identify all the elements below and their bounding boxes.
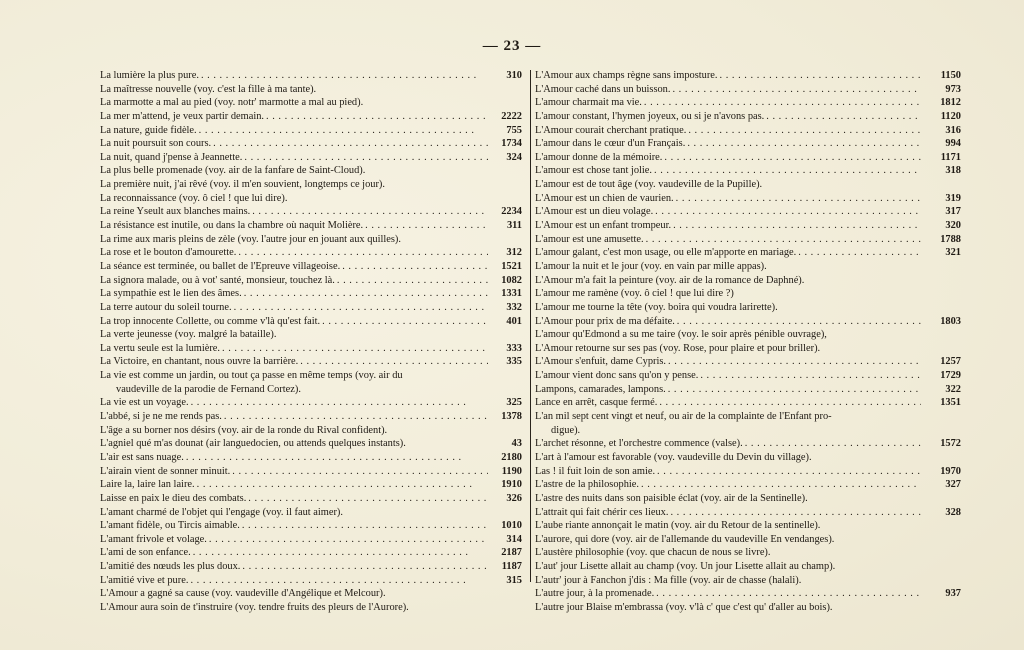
- index-entry: L'ami de son enfance....................…: [100, 546, 526, 560]
- index-entry: La nature, guide fidèle.................…: [100, 124, 526, 138]
- entry-title: La lumière la plus pure.: [100, 69, 199, 83]
- entry-title: La mer m'attend, je veux partir demain.: [100, 110, 264, 124]
- index-entry: L'Amour caché dans un buisson...........…: [535, 83, 961, 97]
- entry-number: 1734: [488, 137, 526, 151]
- index-entry: L'amour vient donc sans qu'on y pense...…: [535, 369, 961, 383]
- dot-leader: ........................................…: [184, 451, 488, 465]
- entry-title: La rime aux maris pleins de zèle (voy. l…: [100, 233, 401, 247]
- entry-title: L'amour charmait ma vie.: [535, 96, 642, 110]
- index-entry: La maîtresse nouvelle (voy. c'est la fil…: [100, 83, 526, 97]
- dot-leader: ........................................…: [796, 246, 921, 260]
- entry-number: 1257: [921, 355, 961, 369]
- entry-number: 937: [921, 587, 961, 601]
- entry-number: 1803: [921, 315, 961, 329]
- index-entry: Lampons, camarades, lampons.............…: [535, 383, 961, 397]
- dot-leader: ........................................…: [652, 164, 921, 178]
- entry-title: L'Amour courait cherchant pratique.: [535, 124, 686, 138]
- index-entry: L'autre jour Blaise m'embrassa (voy. v'l…: [535, 601, 961, 615]
- entry-title: La vie est comme un jardin, ou tout ça p…: [100, 369, 526, 383]
- dot-leader: ........................................…: [220, 342, 488, 356]
- entry-title: L'amour la nuit et le jour (voy. en vain…: [535, 260, 767, 274]
- dot-leader: ........................................…: [242, 287, 488, 301]
- index-entry: L'Amour aura soin de t'instruire (voy. t…: [100, 601, 526, 615]
- index-entry: La signora malade, ou à vot' santé, mons…: [100, 274, 526, 288]
- entry-title: L'âge a su borner nos désirs (voy. air d…: [100, 424, 387, 438]
- index-entry: L'art à l'amour est favorable (voy. vaud…: [535, 451, 961, 465]
- entry-title: L'autre jour Blaise m'embrassa (voy. v'l…: [535, 601, 833, 615]
- entry-number: 318: [921, 164, 961, 178]
- index-entry: L'Amour est un dieu volage..............…: [535, 205, 961, 219]
- entry-title: L'austère philosophie (voy. que chacun d…: [535, 546, 771, 560]
- entry-title: L'amitié vive et pure.: [100, 574, 188, 588]
- entry-number: 320: [921, 219, 961, 233]
- entry-title: L'amant charmé de l'objet qui l'engage (…: [100, 506, 343, 520]
- dot-leader: ........................................…: [242, 151, 488, 165]
- index-entry: L'aut' jour Lisette allait au champ (voy…: [535, 560, 961, 574]
- entry-number: 1378: [488, 410, 526, 424]
- entry-number: 326: [488, 492, 526, 506]
- dot-leader: ........................................…: [764, 110, 921, 124]
- dot-leader: ........................................…: [222, 410, 488, 424]
- dot-leader: ........................................…: [668, 506, 921, 520]
- dot-leader: ........................................…: [340, 260, 488, 274]
- entry-title: L'amour donne de la mémoire.: [535, 151, 662, 165]
- entry-title: L'amour est une amusette.: [535, 233, 644, 247]
- entry-title: L'Amour retourne sur ses pas (voy. Rose,…: [535, 342, 820, 356]
- entry-title: L'amour est de tout âge (voy. vaudeville…: [535, 178, 762, 192]
- entry-title: L'amour galant, c'est mon usage, ou elle…: [535, 246, 796, 260]
- index-entry: L'Amour retourne sur ses pas (voy. Rose,…: [535, 342, 961, 356]
- entry-title: La maîtresse nouvelle (voy. c'est la fil…: [100, 83, 316, 97]
- entry-title: L'Amour a gagné sa cause (voy. vaudevill…: [100, 587, 386, 601]
- index-entry: Laire la, laire lan laire...............…: [100, 478, 526, 492]
- entry-title: L'amour me tourne la tête (voy. boira qu…: [535, 301, 778, 315]
- entry-number: 1010: [488, 519, 526, 533]
- index-entry: L'amour est une amusette................…: [535, 233, 961, 247]
- dot-leader: ........................................…: [250, 205, 488, 219]
- entry-title: L'amour me ramène (voy. ô ciel ! que lui…: [535, 287, 734, 301]
- entry-title: L'Amour aux champs règne sans imposture.: [535, 69, 718, 83]
- entry-number: 2234: [488, 205, 526, 219]
- index-entry: La vie est comme un jardin, ou tout ça p…: [100, 369, 526, 396]
- dot-leader: ........................................…: [199, 69, 488, 83]
- index-entry: L'autre jour, à la promenade............…: [535, 587, 961, 601]
- entry-title: La terre autour du soleil tourne.: [100, 301, 232, 315]
- index-entry: La reine Yseult aux blanches mains......…: [100, 205, 526, 219]
- entry-number: 1187: [488, 560, 526, 574]
- index-entry: La verte jeunesse (voy. malgré la batail…: [100, 328, 526, 342]
- dot-leader: ........................................…: [197, 124, 488, 138]
- index-entry: L'amitié vive et pure...................…: [100, 574, 526, 588]
- entry-number: 315: [488, 574, 526, 588]
- entry-number: 319: [921, 192, 961, 206]
- entry-title: L'amant fidèle, ou Tircis aimable.: [100, 519, 240, 533]
- entry-number: 2180: [488, 451, 526, 465]
- entry-title: L'airain vient de sonner minuit.: [100, 465, 230, 479]
- entry-number: 1970: [921, 465, 961, 479]
- dot-leader: ........................................…: [363, 219, 488, 233]
- index-entry: L'astre de la philosophie...............…: [535, 478, 961, 492]
- index-entry: L'amitié des nœuds les plus doux........…: [100, 560, 526, 574]
- index-entry: L'autr' jour à Fanchon j'dis : Ma fille …: [535, 574, 961, 588]
- entry-title: L'aut' jour Lisette allait au champ (voy…: [535, 560, 835, 574]
- entry-title: La rose et le bouton d'amourette.: [100, 246, 236, 260]
- dot-leader: ........................................…: [685, 137, 921, 151]
- entry-title: L'Amour m'a fait la peinture (voy. air d…: [535, 274, 804, 288]
- entry-title: La signora malade, ou à vot' santé, mons…: [100, 274, 335, 288]
- dot-leader: ........................................…: [264, 110, 488, 124]
- index-entry: L'amant fidèle, ou Tircis aimable.......…: [100, 519, 526, 533]
- index-entry: L'âge a su borner nos désirs (voy. air d…: [100, 424, 526, 438]
- entry-title: L'art à l'amour est favorable (voy. vaud…: [535, 451, 812, 465]
- entry-title: L'autr' jour à Fanchon j'dis : Ma fille …: [535, 574, 801, 588]
- entry-title: La nuit, quand j'pense à Jeannette.: [100, 151, 242, 165]
- index-entry: La marmotte a mal au pied (voy. notr' ma…: [100, 96, 526, 110]
- entry-number: 328: [921, 506, 961, 520]
- entry-number: 312: [488, 246, 526, 260]
- index-entry: La nuit poursuit son cours..............…: [100, 137, 526, 151]
- dot-leader: ........................................…: [188, 574, 488, 588]
- index-entry: L'attrait qui fait chérir ces lieux.....…: [535, 506, 961, 520]
- entry-title: L'Amour caché dans un buisson.: [535, 83, 670, 97]
- index-entry: La lumière la plus pure.................…: [100, 69, 526, 83]
- entry-number: 325: [488, 396, 526, 410]
- dot-leader: ........................................…: [670, 83, 921, 97]
- entry-number: 43: [488, 437, 526, 451]
- dot-leader: ........................................…: [666, 355, 921, 369]
- entry-number: 321: [921, 246, 961, 260]
- entry-title: Las ! il fuit loin de son amie.: [535, 465, 655, 479]
- entry-title: L'astre des nuits dans son paisible écla…: [535, 492, 808, 506]
- dot-leader: ........................................…: [232, 301, 488, 315]
- index-entry: Laisse en paix le dieu des combats......…: [100, 492, 526, 506]
- index-entry: Lance en arrêt, casque fermé............…: [535, 396, 961, 410]
- dot-leader: ........................................…: [654, 587, 921, 601]
- index-entry: L'agniel qué m'as dounat (air languedoci…: [100, 437, 526, 451]
- entry-number: 1190: [488, 465, 526, 479]
- index-entry: L'amour donne de la mémoire.............…: [535, 151, 961, 165]
- entry-title: L'amour qu'Edmond a su me taire (voy. le…: [535, 328, 827, 342]
- entry-title: L'agniel qué m'as dounat (air languedoci…: [100, 437, 406, 451]
- entry-number: 335: [488, 355, 526, 369]
- index-entry: L'archet résonne, et l'orchestre commenc…: [535, 437, 961, 451]
- index-entry: L'an mil sept cent vingt et neuf, ou air…: [535, 410, 961, 437]
- entry-title: La reconnaissance (voy. ô ciel ! que lui…: [100, 192, 287, 206]
- dot-leader: ........................................…: [644, 233, 921, 247]
- entry-title: L'air est sans nuage.: [100, 451, 184, 465]
- entry-title: La vertu seule est la lumière.: [100, 342, 220, 356]
- entry-title-continuation: vaudeville de la parodie de Fernand Cort…: [100, 383, 526, 397]
- entry-title: L'amour est chose tant jolie.: [535, 164, 652, 178]
- entry-number: 401: [488, 315, 526, 329]
- entry-number: 1120: [921, 110, 961, 124]
- dot-leader: ........................................…: [657, 396, 921, 410]
- entry-title: L'aurore, qui dore (voy. air de l'allema…: [535, 533, 834, 547]
- entry-title: La verte jeunesse (voy. malgré la batail…: [100, 328, 276, 342]
- entry-title: L'an mil sept cent vingt et neuf, ou air…: [535, 410, 961, 424]
- entry-title: L'amour vient donc sans qu'on y pense.: [535, 369, 698, 383]
- dot-leader: ........................................…: [743, 437, 921, 451]
- entry-title: Laire la, laire lan laire.: [100, 478, 195, 492]
- dot-leader: ........................................…: [211, 137, 488, 151]
- entry-number: 322: [921, 383, 961, 397]
- dot-leader: ........................................…: [189, 396, 488, 410]
- index-entry: La rime aux maris pleins de zèle (voy. l…: [100, 233, 526, 247]
- entry-number: 1812: [921, 96, 961, 110]
- entry-number: 1150: [921, 69, 961, 83]
- index-entry: L'Amour est un chien de vaurien.........…: [535, 192, 961, 206]
- index-entry: L'Amour a gagné sa cause (voy. vaudevill…: [100, 587, 526, 601]
- index-entry: L'Amour m'a fait la peinture (voy. air d…: [535, 274, 961, 288]
- index-entry: L'Amour aux champs règne sans imposture.…: [535, 69, 961, 83]
- entry-title: L'Amour est un dieu volage.: [535, 205, 653, 219]
- column-divider: [530, 70, 531, 582]
- entry-title: L'amitié des nœuds les plus doux.: [100, 560, 240, 574]
- entry-title: La trop innocente Collette, ou comme v'l…: [100, 315, 320, 329]
- index-entry: La plus belle promenade (voy. air de la …: [100, 164, 526, 178]
- dot-leader: ........................................…: [335, 274, 488, 288]
- index-entry: L'amant charmé de l'objet qui l'engage (…: [100, 506, 526, 520]
- entry-number: 327: [921, 478, 961, 492]
- index-entry: La résistance est inutile, ou dans la ch…: [100, 219, 526, 233]
- index-entry: La vie est un voyage....................…: [100, 396, 526, 410]
- dot-leader: ........................................…: [642, 96, 921, 110]
- dot-leader: ........................................…: [240, 519, 488, 533]
- entry-title: L'archet résonne, et l'orchestre commenc…: [535, 437, 743, 451]
- entry-title: Laisse en paix le dieu des combats.: [100, 492, 246, 506]
- dot-leader: ........................................…: [207, 533, 488, 547]
- index-entry: La terre autour du soleil tourne........…: [100, 301, 526, 315]
- entry-title: L'Amour aura soin de t'instruire (voy. t…: [100, 601, 409, 615]
- index-entry: L'amour la nuit et le jour (voy. en vain…: [535, 260, 961, 274]
- index-entry: L'amour constant, l'hymen joyeux, ou si …: [535, 110, 961, 124]
- dot-leader: ........................................…: [698, 369, 921, 383]
- dot-leader: ........................................…: [639, 478, 921, 492]
- index-entry: L'amant frivole et volage...............…: [100, 533, 526, 547]
- index-entry: La rose et le bouton d'amourette........…: [100, 246, 526, 260]
- right-column: L'Amour aux champs règne sans imposture.…: [535, 69, 961, 615]
- index-entry: L'amour me tourne la tête (voy. boira qu…: [535, 301, 961, 315]
- entry-title: L'attrait qui fait chérir ces lieux.: [535, 506, 668, 520]
- dot-leader: ........................................…: [246, 492, 488, 506]
- dot-leader: ........................................…: [320, 315, 488, 329]
- index-entry: L'aube riante annonçait le matin (voy. a…: [535, 519, 961, 533]
- dot-leader: ........................................…: [653, 205, 921, 219]
- index-entry: La sympathie est le lien des âmes.......…: [100, 287, 526, 301]
- index-entry: La séance est terminée, ou ballet de l'E…: [100, 260, 526, 274]
- left-column: La lumière la plus pure.................…: [100, 69, 526, 615]
- entry-number: 316: [921, 124, 961, 138]
- index-entry: L'air est sans nuage....................…: [100, 451, 526, 465]
- entry-title: La nature, guide fidèle.: [100, 124, 197, 138]
- entry-number: 311: [488, 219, 526, 233]
- entry-number: 314: [488, 533, 526, 547]
- index-entry: La vertu seule est la lumière...........…: [100, 342, 526, 356]
- entry-title: La Victoire, en chantant, nous ouvre la …: [100, 355, 298, 369]
- dot-leader: ........................................…: [298, 355, 488, 369]
- entry-title: La vie est un voyage.: [100, 396, 189, 410]
- index-entry: L'amour charmait ma vie.................…: [535, 96, 961, 110]
- entry-number: 332: [488, 301, 526, 315]
- index-entry: L'Amour s'enfuit, dame Cypris...........…: [535, 355, 961, 369]
- entry-number: 973: [921, 83, 961, 97]
- entry-title: Lampons, camarades, lampons.: [535, 383, 666, 397]
- entry-title: La nuit poursuit son cours.: [100, 137, 211, 151]
- entry-number: 2222: [488, 110, 526, 124]
- entry-number: 1788: [921, 233, 961, 247]
- entry-number: 310: [488, 69, 526, 83]
- entry-number: 2187: [488, 546, 526, 560]
- index-entry: La Victoire, en chantant, nous ouvre la …: [100, 355, 526, 369]
- entry-number: 1082: [488, 274, 526, 288]
- index-entry: La première nuit, j'ai rêvé (voy. il m'e…: [100, 178, 526, 192]
- entry-title: L'amour dans le cœur d'un Français.: [535, 137, 685, 151]
- index-entry: L'amour est de tout âge (voy. vaudeville…: [535, 178, 961, 192]
- entry-number: 1729: [921, 369, 961, 383]
- index-entry: L'Amour est un enfant trompeur..........…: [535, 219, 961, 233]
- entry-title: La reine Yseult aux blanches mains.: [100, 205, 250, 219]
- entry-number: 994: [921, 137, 961, 151]
- entry-title: La séance est terminée, ou ballet de l'E…: [100, 260, 340, 274]
- index-entry: L'amour dans le cœur d'un Français......…: [535, 137, 961, 151]
- entry-title: L'amour constant, l'hymen joyeux, ou si …: [535, 110, 764, 124]
- dot-leader: ........................................…: [662, 151, 921, 165]
- index-entry: La nuit, quand j'pense à Jeannette......…: [100, 151, 526, 165]
- index-entry: Las ! il fuit loin de son amie..........…: [535, 465, 961, 479]
- entry-title: L'Amour est un enfant trompeur.: [535, 219, 671, 233]
- index-entry: L'aurore, qui dore (voy. air de l'allema…: [535, 533, 961, 547]
- entry-number: 1572: [921, 437, 961, 451]
- index-entry: L'amour me ramène (voy. ô ciel ! que lui…: [535, 287, 961, 301]
- entry-title: L'abbé, si je ne me rends pas.: [100, 410, 222, 424]
- entry-title-continuation: digue).: [535, 424, 961, 438]
- index-entry: La trop innocente Collette, ou comme v'l…: [100, 315, 526, 329]
- entry-title: L'Amour pour prix de ma défaite.: [535, 315, 675, 329]
- dot-leader: ........................................…: [671, 219, 921, 233]
- entry-number: 317: [921, 205, 961, 219]
- entry-title: L'Amour s'enfuit, dame Cypris.: [535, 355, 666, 369]
- entry-title: L'ami de son enfance.: [100, 546, 191, 560]
- entry-title: L'amant frivole et volage.: [100, 533, 207, 547]
- entry-title: La résistance est inutile, ou dans la ch…: [100, 219, 363, 233]
- index-entry: La mer m'attend, je veux partir demain..…: [100, 110, 526, 124]
- entry-title: La plus belle promenade (voy. air de la …: [100, 164, 365, 178]
- entry-title: L'autre jour, à la promenade.: [535, 587, 654, 601]
- dot-leader: ........................................…: [191, 546, 488, 560]
- entry-number: 324: [488, 151, 526, 165]
- index-entry: L'amour galant, c'est mon usage, ou elle…: [535, 246, 961, 260]
- dot-leader: ........................................…: [686, 124, 921, 138]
- entry-number: 1521: [488, 260, 526, 274]
- entry-title: L'astre de la philosophie.: [535, 478, 639, 492]
- entry-title: L'Amour est un chien de vaurien.: [535, 192, 674, 206]
- dot-leader: ........................................…: [655, 465, 921, 479]
- entry-title: L'aube riante annonçait le matin (voy. a…: [535, 519, 820, 533]
- entry-number: 755: [488, 124, 526, 138]
- index-entry: L'Amour pour prix de ma défaite.........…: [535, 315, 961, 329]
- entry-title: Lance en arrêt, casque fermé.: [535, 396, 657, 410]
- entry-number: 333: [488, 342, 526, 356]
- index-entry: L'abbé, si je ne me rends pas...........…: [100, 410, 526, 424]
- dot-leader: ........................................…: [236, 246, 488, 260]
- index-entry: L'astre des nuits dans son paisible écla…: [535, 492, 961, 506]
- entry-title: La marmotte a mal au pied (voy. notr' ma…: [100, 96, 363, 110]
- index-entry: L'amour est chose tant jolie............…: [535, 164, 961, 178]
- dot-leader: ........................................…: [240, 560, 488, 574]
- index-entry: L'Amour courait cherchant pratique......…: [535, 124, 961, 138]
- entry-title: La sympathie est le lien des âmes.: [100, 287, 242, 301]
- entry-number: 1910: [488, 478, 526, 492]
- dot-leader: ........................................…: [230, 465, 488, 479]
- entry-number: 1171: [921, 151, 961, 165]
- entry-title: La première nuit, j'ai rêvé (voy. il m'e…: [100, 178, 385, 192]
- index-entry: L'amour qu'Edmond a su me taire (voy. le…: [535, 328, 961, 342]
- page-number: — 23 —: [0, 38, 1024, 55]
- dot-leader: ........................................…: [195, 478, 488, 492]
- index-entry: L'austère philosophie (voy. que chacun d…: [535, 546, 961, 560]
- dot-leader: ........................................…: [666, 383, 921, 397]
- dot-leader: ........................................…: [718, 69, 921, 83]
- dot-leader: ........................................…: [674, 192, 921, 206]
- index-entry: L'airain vient de sonner minuit.........…: [100, 465, 526, 479]
- index-entry: La reconnaissance (voy. ô ciel ! que lui…: [100, 192, 526, 206]
- entry-number: 1331: [488, 287, 526, 301]
- entry-number: 1351: [921, 396, 961, 410]
- dot-leader: ........................................…: [675, 315, 921, 329]
